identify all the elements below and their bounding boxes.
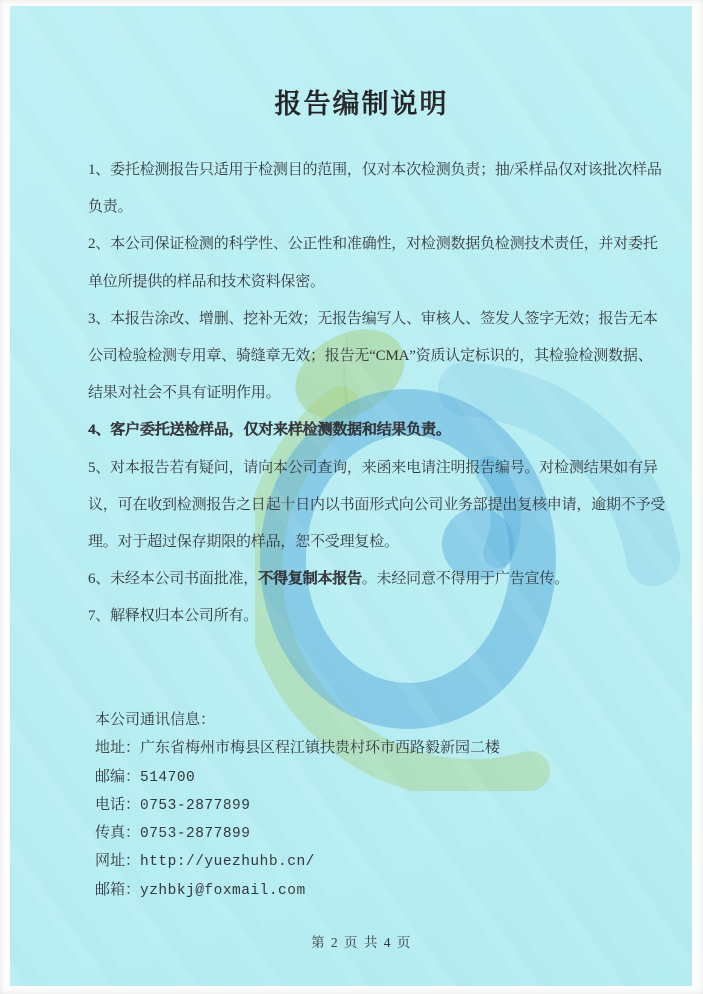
text-run: 单位所提供的样品和技术资料保密。	[88, 274, 325, 290]
scanned-report-sheet: 报告编制说明 1、委托检测报告只适用于检测目的范围，仅对本次检测负责；抽/采样品…	[0, 0, 703, 994]
contact-line: 邮编：514700	[95, 763, 655, 791]
contact-value: yzhbkj@foxmail.com	[140, 883, 306, 899]
instruction-line: 7、解释权归本公司所有。	[88, 598, 644, 635]
instruction-line: 1、委托检测报告只适用于检测目的范围，仅对本次检测负责；抽/采样品仅对该批次样品	[88, 152, 644, 189]
text-run: 。未经同意不得用于广告宣传。	[362, 571, 569, 587]
text-run: 不得复制本报告	[258, 571, 362, 587]
page-number-footer: 第 2 页 共 4 页	[10, 931, 703, 951]
contact-label: 邮编：	[95, 769, 140, 785]
instruction-line: 单位所提供的样品和技术资料保密。	[88, 264, 644, 301]
instruction-line: 负责。	[88, 189, 644, 226]
contact-value: http://yuezhuhb.cn/	[140, 854, 315, 870]
text-run: 5、对本报告若有疑问，请向本公司查询，来函来电请注明报告编号。对检测结果如有异	[88, 460, 658, 476]
instruction-line: 4、客户委托送检样品，仅对来样检测数据和结果负责。	[88, 412, 644, 449]
report-instructions-list: 1、委托检测报告只适用于检测目的范围，仅对本次检测负责；抽/采样品仅对该批次样品…	[88, 152, 644, 635]
contact-value: 0753-2877899	[140, 798, 250, 814]
text-run: 3、本报告涂改、增删、挖补无效；无报告编写人、审核人、签发人签字无效；报告无本	[88, 311, 658, 327]
text-run: 1、委托检测报告只适用于检测目的范围，仅对本次检测负责；抽/采样品仅对该批次样品	[88, 162, 662, 178]
contact-value: 广东省梅州市梅县区程江镇扶贵村环市西路毅新园二楼	[140, 740, 500, 756]
contact-line: 地址：广东省梅州市梅县区程江镇扶贵村环市西路毅新园二楼	[95, 734, 655, 762]
instruction-line: 2、本公司保证检测的科学性、公正性和准确性，对检测数据负检测技术责任，并对委托	[88, 226, 644, 263]
instruction-line: 议，可在收到检测报告之日起十日内以书面形式向公司业务部提出复核申请，逾期不予受	[88, 487, 644, 524]
text-run: 7、解释权归本公司所有。	[88, 608, 258, 624]
contact-label: 网址：	[95, 853, 140, 869]
contact-entries: 地址：广东省梅州市梅县区程江镇扶贵村环市西路毅新园二楼邮编：514700电话：0…	[95, 734, 655, 904]
contact-line: 电话：0753-2877899	[95, 791, 655, 819]
instruction-line: 5、对本报告若有疑问，请向本公司查询，来函来电请注明报告编号。对检测结果如有异	[88, 450, 644, 487]
contact-value: 0753-2877899	[140, 826, 250, 842]
instruction-line: 结果对社会不具有证明作用。	[88, 375, 644, 412]
instruction-line: 理。对于超过保存期限的样品，恕不受理复检。	[88, 524, 644, 561]
text-run: 6、未经本公司书面批准，	[88, 571, 258, 587]
instruction-line: 6、未经本公司书面批准，不得复制本报告。未经同意不得用于广告宣传。	[88, 561, 644, 598]
text-run: 负责。	[88, 199, 132, 215]
text-run: 结果对社会不具有证明作用。	[88, 385, 280, 401]
contact-line: 网址：http://yuezhuhb.cn/	[95, 847, 655, 875]
text-run: 2、本公司保证检测的科学性、公正性和准确性，对检测数据负检测技术责任，并对委托	[88, 236, 658, 252]
contact-label: 地址：	[95, 740, 140, 756]
page-title: 报告编制说明	[10, 82, 703, 121]
contact-line: 传真：0753-2877899	[95, 819, 655, 847]
contact-value: 514700	[140, 770, 195, 786]
text-run: 理。对于超过保存期限的样品，恕不受理复检。	[88, 534, 399, 550]
report-page: 报告编制说明 1、委托检测报告只适用于检测目的范围，仅对本次检测负责；抽/采样品…	[10, 6, 692, 986]
contact-info-block: 本公司通讯信息： 地址：广东省梅州市梅县区程江镇扶贵村环市西路毅新园二楼邮编：5…	[95, 706, 655, 904]
text-run: 议，可在收到检测报告之日起十日内以书面形式向公司业务部提出复核申请，逾期不予受	[88, 497, 665, 513]
contact-line: 邮箱：yzhbkj@foxmail.com	[95, 876, 655, 904]
instruction-line: 3、本报告涂改、增删、挖补无效；无报告编写人、审核人、签发人签字无效；报告无本	[88, 301, 644, 338]
contact-heading: 本公司通讯信息：	[95, 706, 655, 734]
text-run: 公司检验检测专用章、骑缝章无效；报告无“CMA”资质认定标识的，其检验检测数据、	[88, 348, 653, 364]
text-run: 4、客户委托送检样品，仅对来样检测数据和结果负责。	[88, 422, 451, 438]
contact-label: 电话：	[95, 797, 140, 813]
instruction-line: 公司检验检测专用章、骑缝章无效；报告无“CMA”资质认定标识的，其检验检测数据、	[88, 338, 644, 375]
contact-label: 邮箱：	[95, 882, 140, 898]
contact-label: 传真：	[95, 825, 140, 841]
